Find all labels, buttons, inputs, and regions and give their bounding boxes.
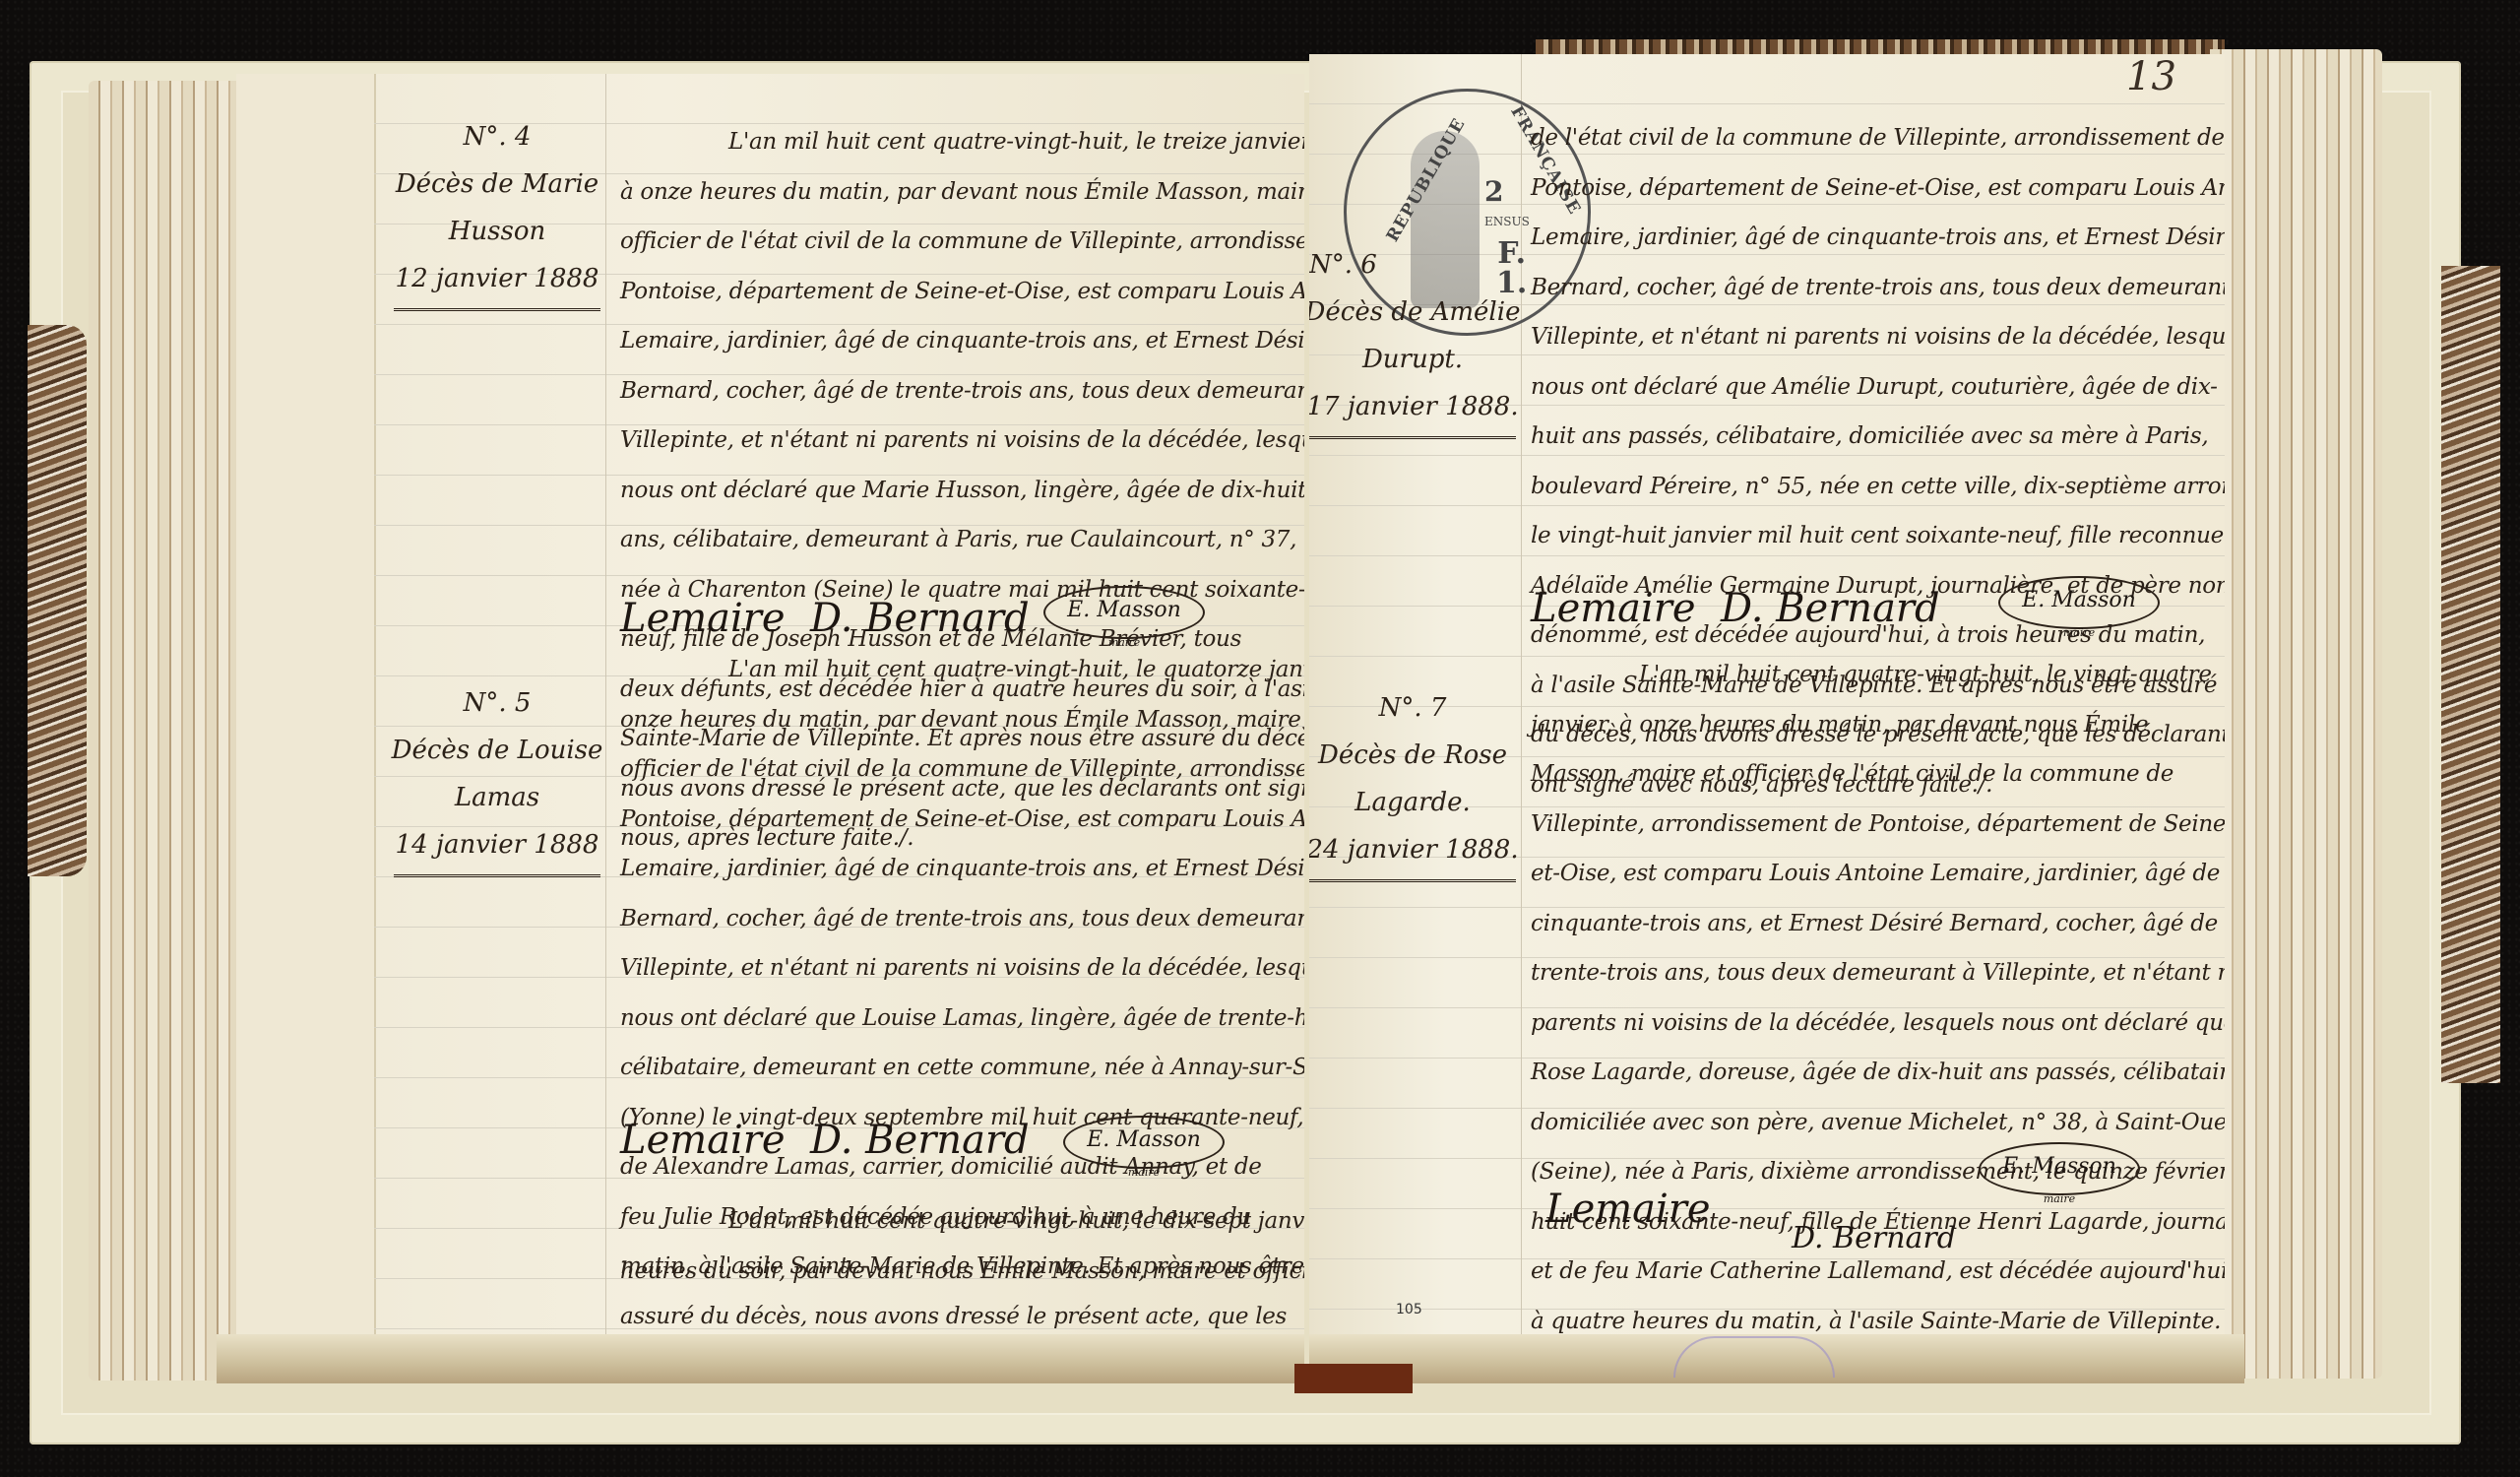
entry-date: 17 janvier 1888. <box>1309 383 1526 430</box>
text-line: Bernard, cocher, âgé de trente-trois ans… <box>620 366 1304 417</box>
bottom-page-number: 105 <box>1396 1302 1422 1317</box>
text-line: nous ont déclaré que Marie Husson, lingè… <box>620 466 1304 516</box>
left-page: N°. 4 Décès de Marie Husson 12 janvier 1… <box>236 74 1304 1334</box>
text-line: nous ont déclaré que Louise Lamas, lingè… <box>620 994 1304 1044</box>
text-line: de l'état civil de la commune de Villepi… <box>1531 113 2225 163</box>
folio-number: 13 <box>2126 54 2176 99</box>
page-stack-right <box>2210 49 2382 1379</box>
text-line: à quatre heures du matin, à l'asile Sain… <box>1531 1297 2225 1335</box>
text-line: Rose Lagarde, doreuse, âgée de dix-huit … <box>1531 1048 2225 1098</box>
page-bottom-edge-left <box>217 1334 1304 1383</box>
text-line: L'an mil huit cent quatre-vingt-huit, le… <box>620 645 1304 695</box>
mayor-signature-seal: E. Masson maire <box>1043 586 1205 639</box>
text-line: huit ans passés, célibataire, domiciliée… <box>1531 412 2225 462</box>
text-line: officier de l'état civil de la commune d… <box>620 217 1304 267</box>
text-line: ans, célibataire, demeurant à Paris, rue… <box>620 515 1304 565</box>
signature-bernard: D. Bernard <box>810 596 1030 641</box>
mayor-signature: E. Masson <box>1087 1127 1201 1152</box>
text-line: Pontoise, département de Seine-et-Oise, … <box>620 267 1304 317</box>
declarant-signature-lemaire: Lemaire <box>1545 1187 1711 1232</box>
entry-title: Décès de Amélie <box>1309 289 1526 336</box>
text-line: boulevard Péreire, n° 55, née en cette v… <box>1531 462 2225 512</box>
text-line: cinquante-trois ans, et Ernest Désiré Be… <box>1531 899 2225 949</box>
signature-lemaire: Lemaire <box>620 1118 786 1163</box>
text-line: Villepinte, et n'étant ni parents ni voi… <box>1531 312 2225 362</box>
divider <box>1309 879 1516 882</box>
text-line: célibataire, demeurant en cette commune,… <box>620 1043 1304 1093</box>
entry-body: L'an mil huit cent quatre-vingt-huit, le… <box>620 1196 1304 1296</box>
right-page: 13 REPUBLIQUE FRANÇAISE 2 ENSUS F. 1. N°… <box>1309 54 2225 1334</box>
archive-stamp-partial <box>1673 1336 1835 1378</box>
signature-bernard: D. Bernard <box>1721 586 1940 631</box>
mayor-title: maire <box>2000 627 2158 639</box>
mayor-signature: E. Masson <box>1067 598 1181 622</box>
text-line: trente-trois ans, tous deux demeurant à … <box>1531 948 2225 998</box>
signature-lemaire: Lemaire <box>1545 1187 1711 1232</box>
entry-margin-note: N°. 7 Décès de Rose Lagarde. 24 janvier … <box>1309 684 1526 882</box>
text-line: Villepinte, et n'étant ni parents ni voi… <box>620 943 1304 994</box>
text-line: Masson, maire et officier de l'état civi… <box>1531 749 2225 800</box>
entry-title-name: Lagarde. <box>1309 779 1526 826</box>
entry-date: 24 janvier 1888. <box>1309 826 1526 873</box>
text-line: L'an mil huit cent quatre-vingt-huit, le… <box>1531 650 2225 700</box>
text-line: Bernard, cocher, âgé de trente-trois ans… <box>1531 263 2225 313</box>
entry-margin-note: N°. 6 Décès de Amélie Durupt. 17 janvier… <box>1309 241 1526 439</box>
text-line: à onze heures du matin, par devant nous … <box>620 167 1304 218</box>
text-line: nous ont déclaré que Amélie Durupt, cout… <box>1531 362 2225 413</box>
signature-bernard: D. Bernard <box>1792 1221 1956 1255</box>
declarant-signatures: Lemaire D. Bernard <box>620 1118 1030 1163</box>
entry-date: 12 janvier 1888 <box>384 255 610 302</box>
text-line: Pontoise, département de Seine-et-Oise, … <box>620 795 1304 845</box>
entry-title: Décès de Marie <box>384 161 610 208</box>
text-line: Lemaire, jardinier, âgé de cinquante-tro… <box>620 844 1304 894</box>
signature-bernard: D. Bernard <box>810 1118 1030 1163</box>
marbled-endpaper-left <box>28 325 87 876</box>
text-line: le vingt-huit janvier mil huit cent soix… <box>1531 511 2225 561</box>
entry-number: N°. 4 <box>384 113 610 161</box>
text-line: L'an mil huit cent quatre-vingt-huit, le… <box>620 117 1304 167</box>
text-line: officier de l'état civil de la commune d… <box>620 744 1304 795</box>
stamp-value: 2 <box>1484 175 1503 208</box>
text-line: Lemaire, jardinier, âgé de cinquante-tro… <box>620 316 1304 366</box>
text-line: assuré du décès, nous avons dressé le pr… <box>620 1292 1304 1335</box>
text-line: Bernard, cocher, âgé de trente-trois ans… <box>620 894 1304 944</box>
entry-number: N°. 6 <box>1309 241 1526 289</box>
text-line: et-Oise, est comparu Louis Antoine Lemai… <box>1531 849 2225 899</box>
flyleaf <box>236 74 376 1334</box>
entry-margin-note: N°. 4 Décès de Marie Husson 12 janvier 1… <box>384 113 610 311</box>
marbled-endpaper-right <box>2441 266 2500 1083</box>
text-line: Villepinte, et n'étant ni parents ni voi… <box>620 416 1304 466</box>
entry-margin-note: N°. 5 Décès de Louise Lamas 14 janvier 1… <box>384 679 610 877</box>
book-spine <box>1294 1364 1413 1393</box>
entry-number: N°. 7 <box>1309 684 1526 732</box>
declarant-signatures: Lemaire D. Bernard <box>620 596 1030 641</box>
text-line: janvier, à onze heures du matin, par dev… <box>1531 700 2225 750</box>
entry-date: 14 janvier 1888 <box>384 821 610 868</box>
entry-title-name: Durupt. <box>1309 336 1526 383</box>
text-line: heures du soir, par devant nous Émile Ma… <box>620 1247 1304 1297</box>
text-line: L'an mil huit cent quatre-vingt-huit, le… <box>620 1196 1304 1247</box>
declarant-signatures: Lemaire D. Bernard <box>1531 586 1940 631</box>
text-line: Villepinte, arrondissement de Pontoise, … <box>1531 800 2225 850</box>
page-stack-left <box>89 81 236 1381</box>
mayor-signature: E. Masson <box>2002 1154 2116 1179</box>
text-line: domiciliée avec son père, avenue Michele… <box>1531 1098 2225 1148</box>
signature-lemaire: Lemaire <box>620 596 786 641</box>
divider <box>394 874 600 877</box>
mayor-title: maire <box>1065 1167 1223 1179</box>
entry-number: N°. 5 <box>384 679 610 727</box>
entry-title: Décès de Rose <box>1309 732 1526 779</box>
divider <box>1309 436 1516 439</box>
mayor-title: maire <box>1981 1193 2138 1205</box>
text-line: Pontoise, département de Seine-et-Oise, … <box>1531 163 2225 214</box>
entry-title-name: Husson <box>384 208 610 255</box>
mayor-signature-seal: E. Masson maire <box>1979 1142 2140 1195</box>
mayor-signature-seal: E. Masson maire <box>1063 1116 1225 1169</box>
signature-lemaire: Lemaire <box>1531 586 1696 631</box>
text-line: onze heures du matin, par devant nous Ém… <box>620 695 1304 745</box>
entry-title: Décès de Louise <box>384 727 610 774</box>
mayor-signature-seal: E. Masson maire <box>1998 576 2160 629</box>
text-line: Lemaire, jardinier, âgé de cinquante-tro… <box>1531 213 2225 263</box>
divider <box>394 308 600 311</box>
text-line: parents ni voisins de la décédée, lesque… <box>1531 998 2225 1049</box>
entry-title-name: Lamas <box>384 774 610 821</box>
mayor-signature: E. Masson <box>2022 588 2136 612</box>
declarant-signature-bernard: D. Bernard <box>1792 1221 1956 1255</box>
stamp-label: ENSUS <box>1484 215 1530 228</box>
